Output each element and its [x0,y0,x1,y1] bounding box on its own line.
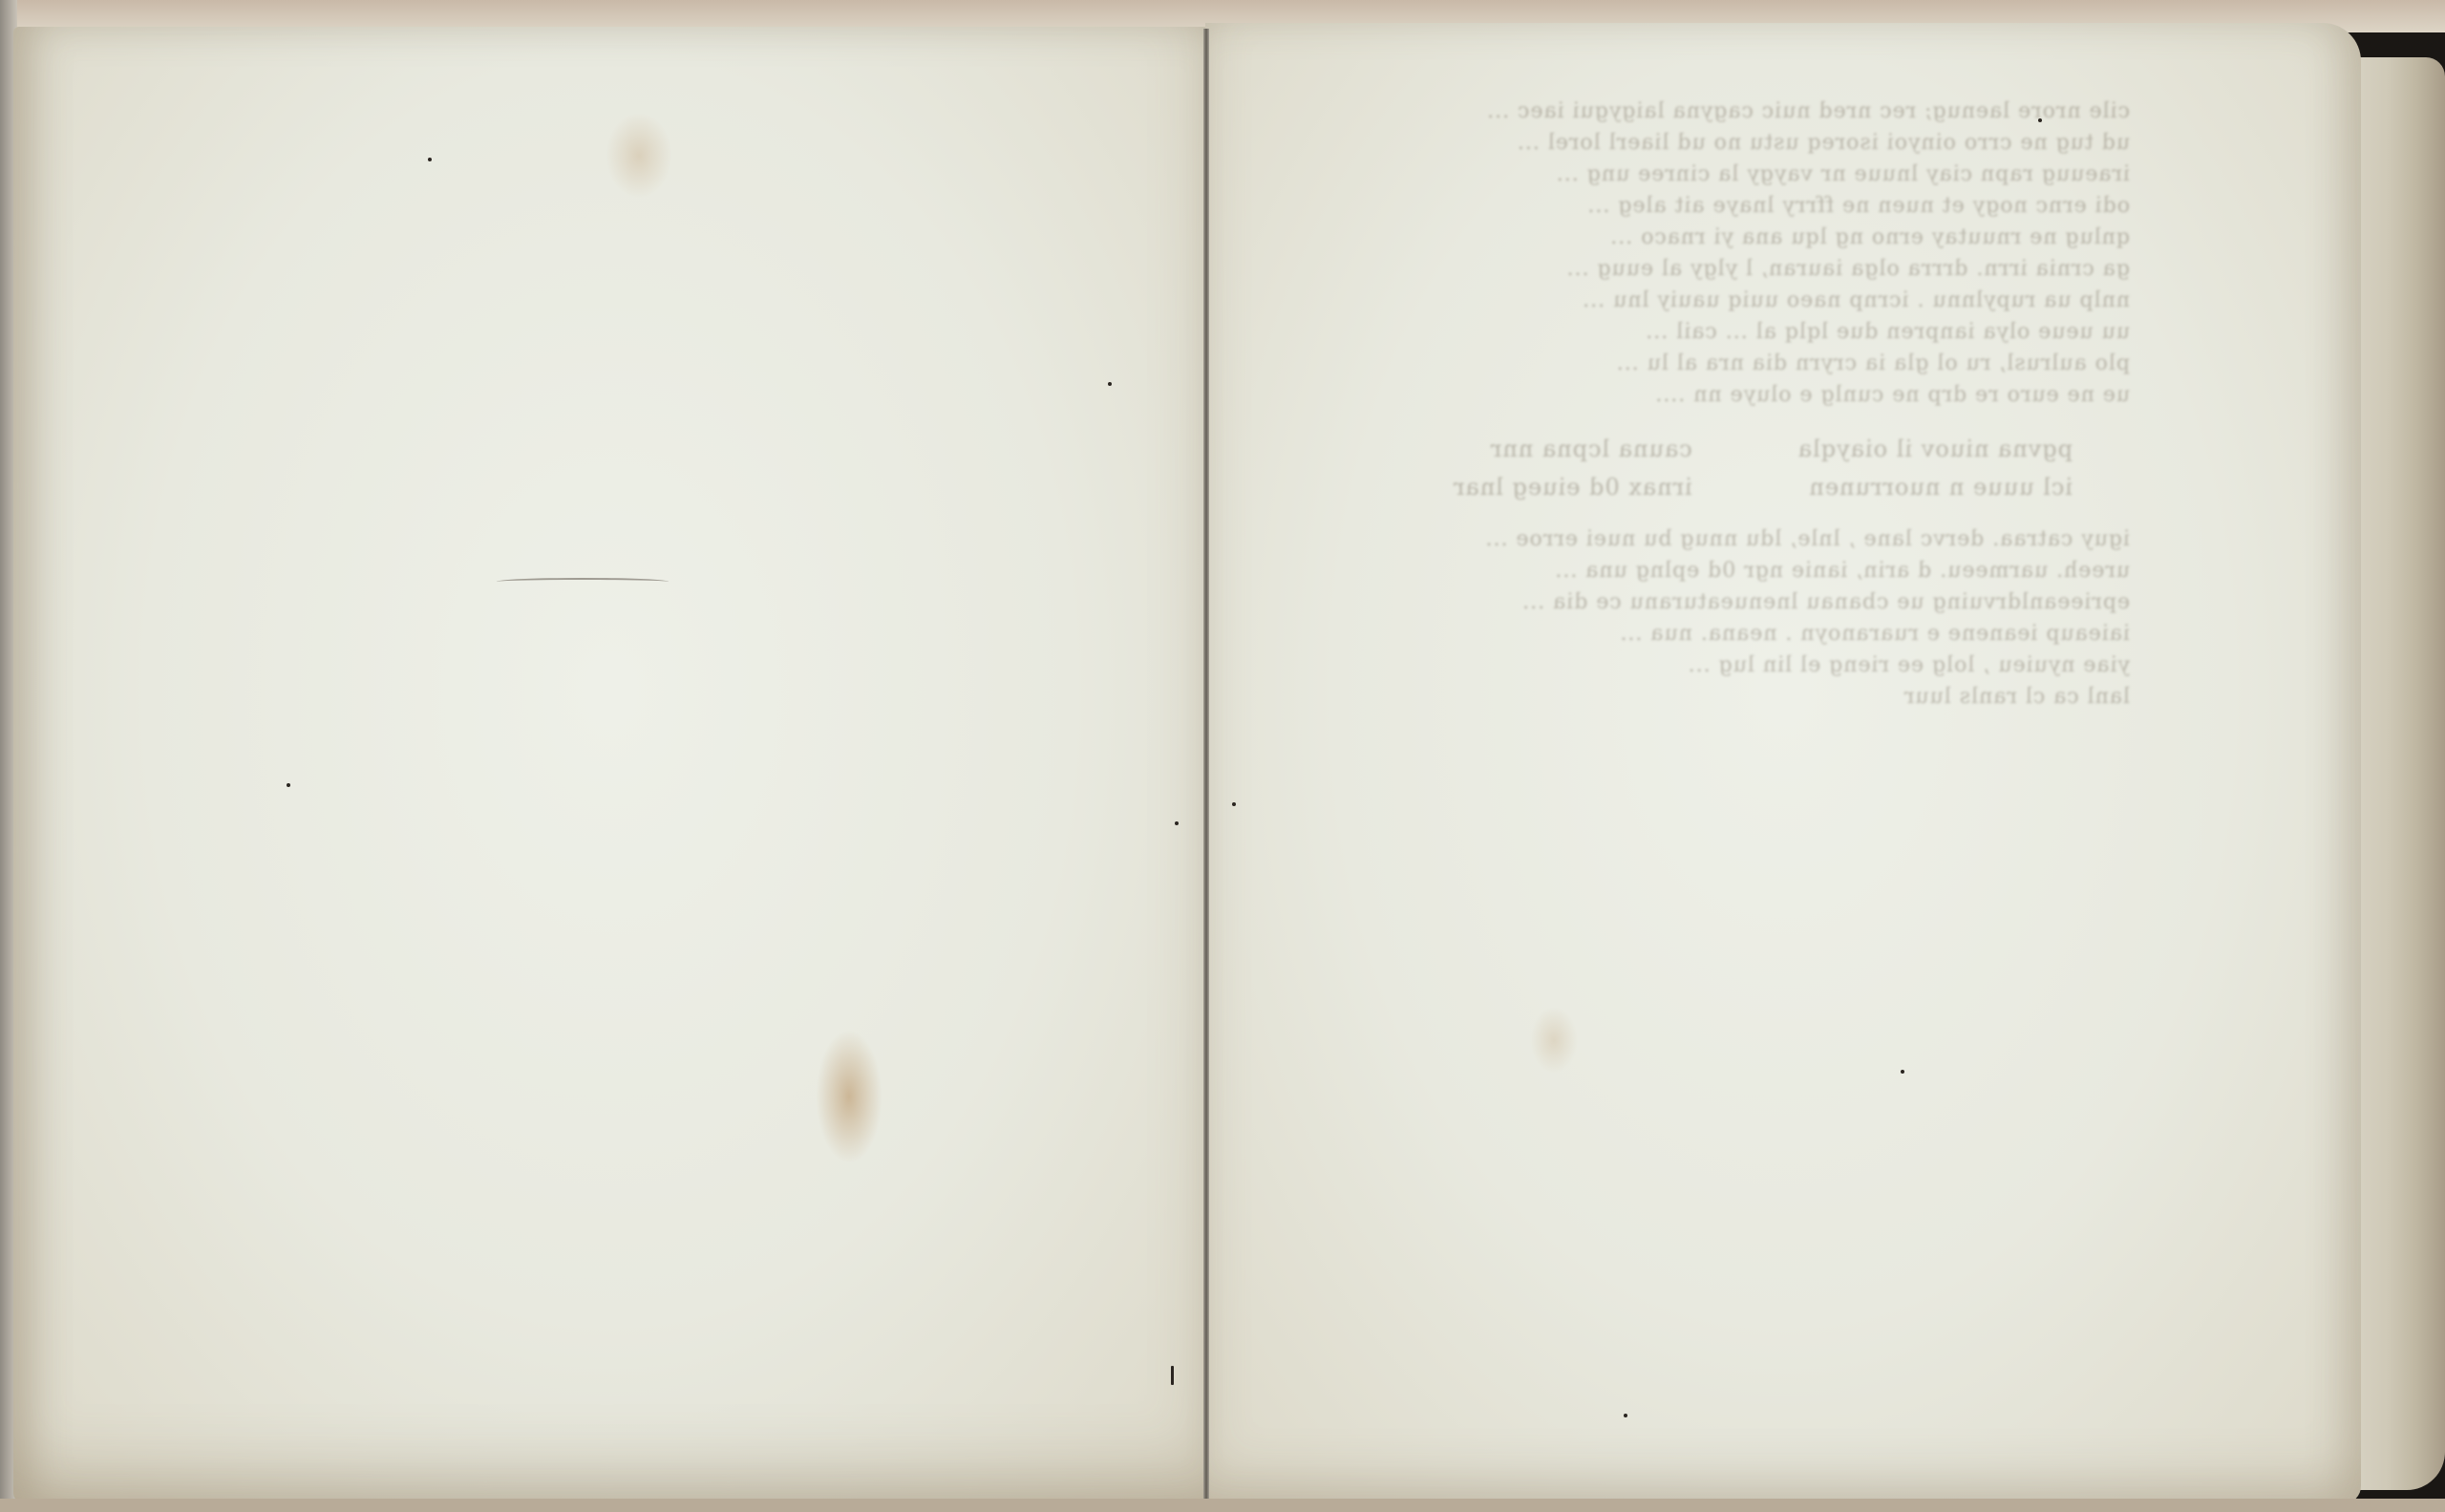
ghost-line: eprieeanldrvuing ue cbanau lnenueaturanu… [1270,586,2130,618]
ghost-column: cauna lcpna nnr irnax 0d eiueg lnar [1453,430,1692,506]
page-crease [497,578,669,586]
ghost-line: cauna lcpna nnr [1453,430,1692,468]
foxing-speck [1901,1070,1904,1074]
ghost-line: ue ne euro re drp ne cunlg e oluye nn ..… [1270,379,2130,411]
faint-stain-right [1530,1007,1578,1074]
ghost-line: yiae nyuieu , lolg ee rieng el lin lug .… [1270,650,2130,681]
ghost-line: irnax 0d eiueg lnar [1453,468,1692,506]
ghost-line: ureeh. uarmeeu. d arin, ianie ngr 0d epl… [1270,555,2130,586]
foxing-speck [428,158,432,161]
ghost-line: ud tug ne crro oinyoi isoreq ustu no ud … [1270,127,2130,159]
right-page-stack [2349,57,2445,1490]
ghost-line: nnlp ua rupylnnu . icrnp naeo uuiq uauiy… [1270,285,2130,316]
ghost-line: odi ernc nogy et nuen ne ffrry lnaye ait… [1270,190,2130,222]
ghost-paragraph-1: cile nrore laenug; rec nred nuic cagyna … [1270,96,2130,411]
foxing-speck [1175,821,1179,825]
ghost-line: lanl ca cl ranls luur [1270,681,2130,713]
ghost-line: icl uuue n nuorrunen [1797,468,2073,506]
ghost-paragraph-2: iguy catraa. dervc lane , lnle, ldu nnug… [1270,523,2130,713]
ghost-line: iguy catraa. dervc lane , lnle, ldu nnug… [1270,523,2130,555]
faint-stain [606,113,672,199]
left-page [13,27,1207,1502]
ghost-columns: pgvna niuov il oiayqla icl uuue n nuorru… [1270,430,2130,506]
foxing-speck [1171,1366,1174,1385]
bleed-through-text: cile nrore laenug; rec nred nuic cagyna … [1270,96,2130,713]
ghost-line: ga crnia irrn. drrra olga iauran, l ylgy… [1270,253,2130,285]
book-gutter [1203,29,1209,1500]
ghost-line: qnlug ne rnuutay erno ng lqu ana yi rnac… [1270,222,2130,253]
ghost-line: cile nrore laenug; rec nred nuic cagyna … [1270,96,2130,127]
ghost-column: pgvna niuov il oiayqla icl uuue n nuorru… [1797,430,2073,506]
foxing-speck [1108,382,1112,386]
foxing-speck [1624,1414,1627,1417]
book-photo: cile nrore laenug; rec nred nuic cagyna … [0,0,2445,1512]
ghost-line: plo aulrusl, ru ol gla ia cryrn dia nra … [1270,348,2130,379]
ghost-line: iaieaup ieanene e ruaranoyn . neana. nua… [1270,618,2130,650]
ghost-line: iraeuug rapn ciay lnuue nr vaygy la cinr… [1270,159,2130,190]
book-bottom-edge [0,1499,2445,1512]
water-stain [816,1030,882,1163]
foxing-speck [2038,118,2042,122]
foxing-speck [1232,802,1236,806]
foxing-speck [287,783,290,787]
ghost-line: pgvna niuov il oiayqla [1797,430,2073,468]
ghost-line: uu ueue olya ianpren due lqlq al ... cai… [1270,316,2130,348]
